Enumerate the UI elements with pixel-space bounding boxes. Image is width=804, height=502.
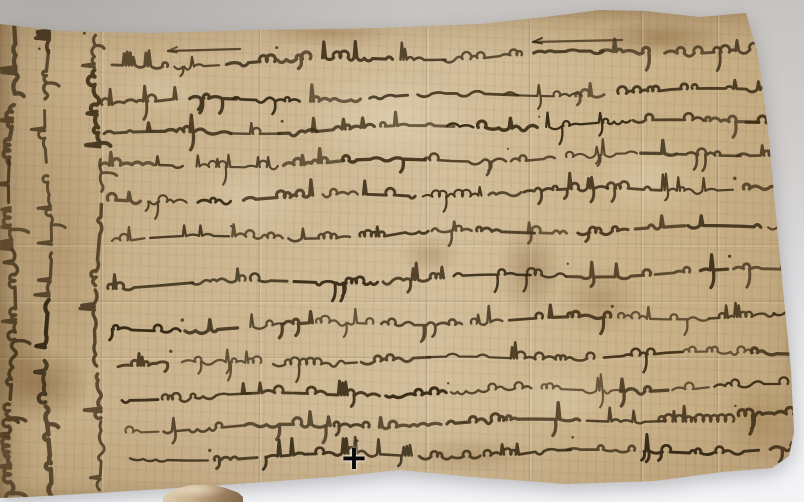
main-text-lines (100, 36, 804, 469)
ink-stroke (451, 382, 531, 394)
ink-stroke (641, 140, 677, 155)
ink-stroke (182, 350, 262, 381)
ink-stroke (662, 174, 733, 201)
ink-stroke (419, 451, 480, 459)
ink-stroke (156, 156, 183, 168)
manuscript-ink (0, 0, 804, 502)
ink-stroke (316, 309, 373, 337)
ink-stroke (334, 422, 369, 435)
text-line-6 (112, 216, 804, 246)
ink-stroke (607, 182, 661, 202)
ink-stroke (692, 80, 789, 93)
ink-stroke (3, 249, 18, 332)
ink-stroke (655, 267, 690, 274)
ink-dot (728, 255, 731, 258)
ink-stroke (621, 379, 668, 406)
text-line-4 (100, 139, 804, 184)
ink-dot (733, 177, 737, 181)
ink-dot (507, 148, 509, 150)
ink-stroke (7, 331, 30, 399)
ink-stroke (122, 400, 158, 403)
ink-stroke (676, 149, 741, 171)
ink-stroke (751, 348, 802, 356)
ink-stroke (0, 208, 28, 250)
ink-stroke (672, 383, 708, 390)
ink-stroke (38, 176, 65, 245)
text-line-8 (110, 303, 801, 342)
ink-stroke (85, 374, 102, 418)
ink-stroke (380, 112, 454, 126)
ink-stroke (383, 263, 444, 292)
ink-stroke (549, 305, 611, 333)
text-line-9 (118, 342, 802, 382)
text-line-2 (101, 75, 804, 119)
ink-stroke (83, 35, 105, 67)
ink-stroke (506, 403, 579, 436)
ink-stroke (478, 118, 538, 130)
ink-stroke (381, 319, 462, 342)
ink-stroke (423, 187, 482, 212)
ink-stroke (35, 253, 52, 296)
ink-stroke (91, 204, 102, 285)
ink-stroke (110, 325, 181, 340)
ink-stroke (278, 52, 311, 69)
ink-stroke (665, 47, 713, 57)
ink-stroke (294, 277, 378, 301)
ink-stroke (432, 222, 472, 246)
ink-stroke (233, 97, 300, 114)
ink-stroke (1, 24, 24, 96)
ink-dot (83, 32, 86, 35)
ink-stroke (770, 441, 799, 462)
ink-stroke (484, 444, 571, 456)
ink-stroke (427, 354, 509, 358)
ink-stroke (323, 189, 358, 197)
ink-stroke (709, 303, 774, 319)
ink-stroke (230, 123, 280, 134)
ink-stroke (785, 75, 804, 91)
ink-stroke (273, 357, 357, 381)
ink-stroke (714, 36, 795, 70)
ink-stroke (528, 223, 567, 244)
ink-dot (208, 449, 211, 452)
ink-stroke (683, 347, 753, 355)
ink-stroke (700, 255, 727, 288)
ink-stroke (250, 273, 287, 281)
ink-stroke (566, 262, 650, 286)
text-line-7 (108, 255, 803, 301)
ink-stroke (533, 40, 622, 42)
ink-stroke (618, 307, 710, 335)
parchment-sheet (0, 0, 804, 502)
ink-stroke (36, 30, 50, 52)
ink-stroke (509, 313, 543, 320)
ink-stroke (1, 438, 26, 501)
ink-dot (734, 405, 736, 407)
ink-stroke (737, 145, 781, 155)
ink-stroke (31, 111, 46, 163)
ink-stroke (107, 192, 140, 203)
ink-stroke (477, 227, 535, 233)
ink-dot (781, 142, 784, 145)
ink-stroke (190, 94, 237, 113)
ink-stroke (250, 314, 284, 328)
crosshair-cursor: + (340, 441, 369, 475)
ink-stroke (534, 50, 604, 54)
ink-stroke (100, 152, 154, 165)
ink-stroke (214, 456, 257, 468)
ink-stroke (768, 218, 804, 230)
ink-stroke (604, 349, 683, 373)
margin-column-2 (31, 30, 65, 496)
ink-stroke (174, 57, 219, 76)
ink-stroke (714, 377, 788, 387)
ink-stroke (164, 418, 243, 443)
ink-dot (447, 382, 449, 384)
ink-stroke (80, 290, 97, 366)
ink-stroke (162, 393, 251, 402)
ink-dot (801, 258, 803, 260)
ink-stroke (782, 145, 804, 166)
ink-stroke (587, 408, 666, 424)
text-line-12 (130, 434, 800, 469)
ink-stroke (716, 447, 759, 455)
ink-stroke (242, 383, 292, 394)
ink-stroke (147, 115, 231, 150)
ink-stroke (0, 161, 9, 203)
ink-dot (795, 400, 797, 402)
ink-stroke (185, 320, 238, 334)
ink-stroke (130, 458, 208, 461)
ink-stroke (232, 224, 282, 238)
ink-stroke (386, 388, 446, 398)
ink-stroke (112, 227, 145, 241)
ink-stroke (524, 173, 608, 204)
margin-column-1 (0, 24, 30, 501)
ink-stroke (118, 354, 169, 372)
ink-stroke (0, 404, 26, 436)
ink-stroke (746, 116, 785, 124)
ink-stroke (43, 51, 59, 99)
ink-stroke (401, 43, 446, 60)
ink-dot (275, 46, 278, 49)
text-line-5 (107, 173, 804, 219)
text-line-1 (112, 36, 794, 76)
ink-stroke (688, 216, 761, 228)
ink-stroke (738, 407, 794, 434)
ink-stroke (363, 181, 415, 198)
ink-stroke (104, 131, 152, 134)
ink-stroke (575, 83, 604, 105)
ink-stroke (360, 227, 429, 237)
ink-stroke (743, 173, 804, 189)
ink-stroke (90, 422, 104, 490)
ink-stroke (197, 155, 278, 185)
ink-stroke (454, 269, 531, 291)
ink-stroke (511, 155, 555, 161)
ink-stroke (546, 113, 630, 145)
ink-stroke (379, 418, 441, 429)
ink-stroke (424, 154, 506, 176)
ink-stroke (642, 434, 714, 461)
ink-dot (169, 350, 172, 353)
ink-stroke (566, 139, 637, 166)
ink-dot (567, 263, 569, 265)
ink-stroke (504, 85, 581, 109)
ink-stroke (542, 374, 623, 407)
ink-dot (181, 318, 184, 321)
ink-stroke (150, 225, 229, 237)
ink-stroke (524, 268, 566, 291)
ink-stroke (774, 304, 801, 315)
ink-stroke (311, 85, 361, 102)
ink-stroke (146, 195, 187, 219)
ink-stroke (112, 51, 168, 69)
ink-stroke (578, 227, 628, 242)
ink-stroke (245, 412, 331, 443)
manuscript-photo: + (0, 0, 804, 502)
ink-stroke (323, 41, 393, 60)
ink-stroke (633, 113, 704, 122)
ink-stroke (244, 180, 313, 200)
ink-stroke (44, 407, 58, 497)
parchment-surface (0, 0, 804, 502)
ink-stroke (511, 342, 595, 360)
ink-dot (611, 305, 614, 308)
ink-stroke (288, 229, 350, 242)
ink-stroke (566, 445, 634, 452)
ink-stroke (86, 70, 110, 146)
ink-stroke (659, 406, 734, 421)
ink-stroke (734, 263, 800, 288)
ink-stroke (618, 84, 688, 94)
ink-stroke (706, 116, 759, 137)
ink-stroke (471, 306, 502, 325)
ink-stroke (198, 198, 231, 204)
ink-stroke (786, 115, 804, 122)
ink-stroke (443, 50, 522, 63)
ink-stroke (343, 156, 426, 172)
ink-stroke (312, 118, 374, 132)
ink-stroke (35, 361, 47, 403)
ink-dot (538, 116, 540, 118)
ink-stroke (192, 269, 246, 285)
ink-stroke (361, 355, 430, 365)
ink-stroke (447, 414, 504, 424)
ink-stroke (1, 105, 14, 164)
ink-dot (281, 120, 284, 123)
ink-stroke (294, 381, 379, 406)
ink-stroke (635, 216, 685, 229)
ink-stroke (418, 91, 518, 96)
ink-stroke (101, 86, 176, 119)
ink-stroke (279, 312, 312, 338)
text-line-10 (122, 374, 788, 407)
ink-stroke (108, 275, 193, 290)
ink-stroke (36, 300, 49, 347)
text-line-11 (126, 400, 797, 443)
ink-stroke (370, 95, 408, 99)
ink-dot (38, 47, 41, 50)
text-line-3 (104, 112, 804, 150)
ink-stroke (601, 39, 651, 70)
ink-dot (571, 436, 574, 439)
ink-stroke (284, 149, 344, 166)
margin-text-columns (0, 24, 117, 501)
ink-stroke (489, 192, 521, 196)
ink-stroke (126, 427, 159, 433)
ink-stroke (227, 55, 276, 66)
ink-stroke (168, 49, 240, 51)
